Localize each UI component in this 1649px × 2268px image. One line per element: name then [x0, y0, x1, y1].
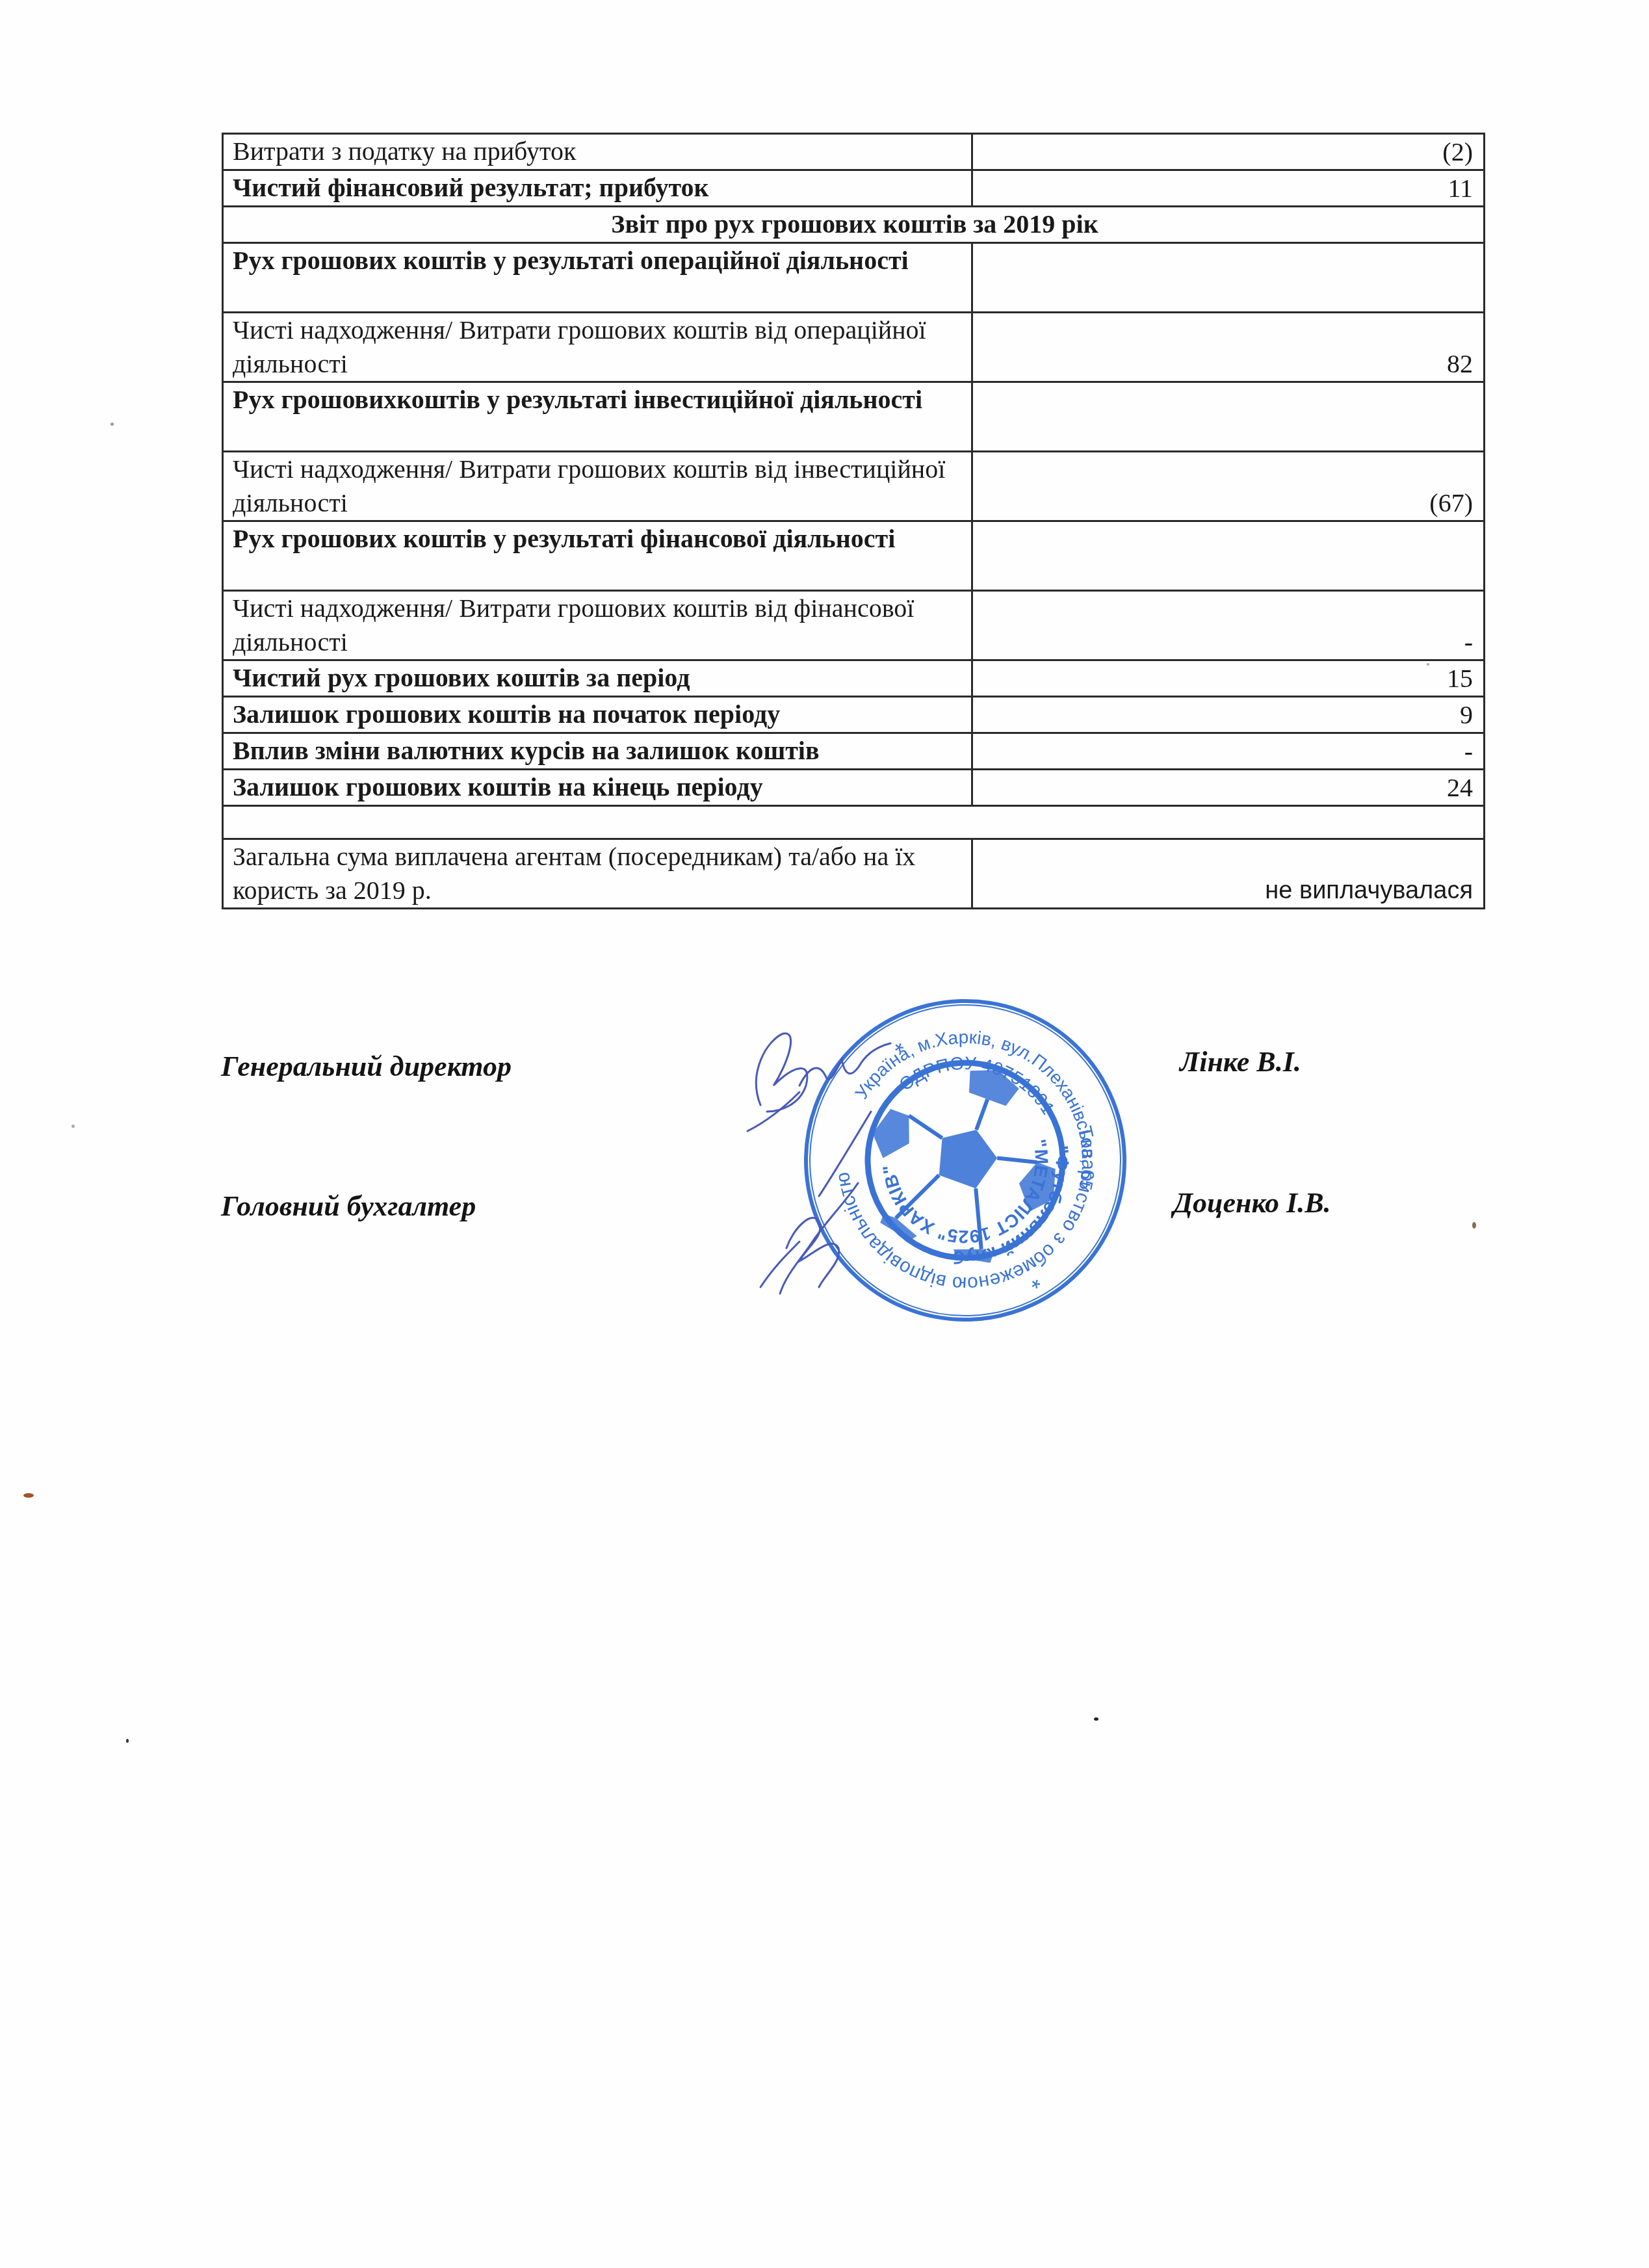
row-value [972, 521, 1485, 591]
director-title: Генеральний директор [221, 1050, 512, 1083]
row-value: (67) [972, 452, 1485, 521]
section-title: Звіт про рух грошових коштів за 2019 рік [223, 207, 1485, 243]
director-name: Лінке В.І. [1180, 1045, 1301, 1078]
table-row-fx-effect: Вплив зміни валютних курсів на залишок к… [223, 733, 1485, 770]
row-value: 11 [972, 170, 1485, 207]
row-value: 82 [972, 313, 1485, 382]
row-value: не виплачувалася [972, 839, 1485, 909]
table-row-operating-header: Рух грошових коштів у результаті операці… [223, 243, 1485, 313]
scan-speck [71, 1125, 75, 1128]
row-value: (2) [972, 134, 1485, 170]
row-label: Витрати з податку на прибуток [223, 134, 972, 170]
row-label: Чистий фінансовий результат; прибуток [223, 170, 972, 207]
scan-speck [23, 1493, 34, 1498]
row-label: Чисті надходження/ Витрати грошових кошт… [223, 313, 972, 382]
row-value: 24 [972, 770, 1485, 806]
table-row-net-cash-movement: Чистий рух грошових коштів за період 15 [223, 660, 1485, 697]
cash-flow-table: Витрати з податку на прибуток (2) Чистий… [222, 133, 1485, 909]
table-row-financing-net: Чисті надходження/ Витрати грошових кошт… [223, 591, 1485, 660]
table-row-income-tax: Витрати з податку на прибуток (2) [223, 134, 1485, 170]
row-label: Залишок грошових коштів на кінець період… [223, 770, 972, 806]
table-row-spacer [223, 806, 1485, 839]
row-label: Чистий рух грошових коштів за період [223, 660, 972, 697]
row-label: Залишок грошових коштів на початок періо… [223, 697, 972, 733]
row-label: Вплив зміни валютних курсів на залишок к… [223, 733, 972, 770]
row-value: 15 [972, 660, 1485, 697]
table-row-agent-payments: Загальна сума виплачена агентам (посеред… [223, 839, 1485, 909]
table-section-header: Звіт про рух грошових коштів за 2019 рік [223, 207, 1485, 243]
row-value: - [972, 591, 1485, 660]
row-label: Чисті надходження/ Витрати грошових кошт… [223, 452, 972, 521]
row-label: Чисті надходження/ Витрати грошових кошт… [223, 591, 972, 660]
row-value [972, 243, 1485, 313]
table-row-closing-balance: Залишок грошових коштів на кінець період… [223, 770, 1485, 806]
scan-speck [1427, 663, 1429, 666]
row-label: Загальна сума виплачена агентам (посеред… [223, 839, 972, 909]
row-label: Рух грошовихкоштів у результаті інвестиц… [223, 382, 972, 452]
row-value: 9 [972, 697, 1485, 733]
table-row-investing-net: Чисті надходження/ Витрати грошових кошт… [223, 452, 1485, 521]
row-value: - [972, 733, 1485, 770]
accountant-title: Головний бухгалтер [221, 1190, 476, 1223]
document-page: Витрати з податку на прибуток (2) Чистий… [0, 0, 1649, 2268]
scan-speck [1472, 1222, 1476, 1229]
handwritten-signature-icon [721, 1014, 916, 1313]
scan-speck [110, 423, 114, 426]
table-row-investing-header: Рух грошовихкоштів у результаті інвестиц… [223, 382, 1485, 452]
table-row-financing-header: Рух грошових коштів у результаті фінансо… [223, 521, 1485, 591]
table-row-operating-net: Чисті надходження/ Витрати грошових кошт… [223, 313, 1485, 382]
scan-speck [126, 1739, 129, 1743]
table-row-opening-balance: Залишок грошових коштів на початок періо… [223, 697, 1485, 733]
row-label: Рух грошових коштів у результаті операці… [223, 243, 972, 313]
table-row-net-result: Чистий фінансовий результат; прибуток 11 [223, 170, 1485, 207]
row-value [972, 382, 1485, 452]
scan-speck [1094, 1717, 1098, 1721]
spacer-cell [223, 806, 1485, 839]
accountant-name: Доценко І.В. [1173, 1186, 1331, 1219]
row-label: Рух грошових коштів у результаті фінансо… [223, 521, 972, 591]
svg-text:*: * [1026, 1273, 1043, 1301]
